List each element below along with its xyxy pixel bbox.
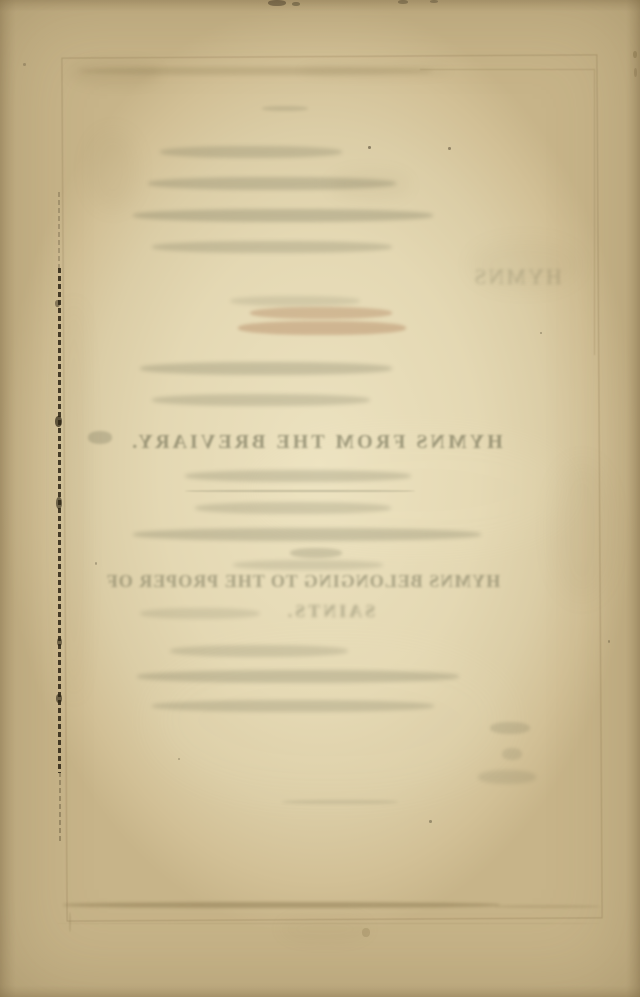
paper-speck bbox=[430, 0, 438, 3]
paper-speck bbox=[23, 63, 26, 66]
paper-speck bbox=[178, 758, 180, 760]
paper-speck bbox=[429, 820, 432, 823]
paper-speck bbox=[368, 146, 371, 149]
paper-speck bbox=[540, 332, 542, 334]
paper-speck bbox=[362, 928, 370, 937]
paper-speck bbox=[633, 51, 637, 58]
paper-speck bbox=[398, 0, 408, 4]
paper-speck bbox=[292, 2, 300, 6]
paper-speck bbox=[634, 68, 637, 77]
paper-speck bbox=[608, 640, 610, 643]
paper-speck bbox=[268, 0, 286, 6]
paper-specks bbox=[0, 0, 640, 997]
paper-speck bbox=[95, 562, 97, 565]
scanned-book-page: HYMNS HYMNS FROM THE BREVIARY. HYMNS BEL… bbox=[0, 0, 640, 997]
paper-speck bbox=[448, 147, 451, 150]
